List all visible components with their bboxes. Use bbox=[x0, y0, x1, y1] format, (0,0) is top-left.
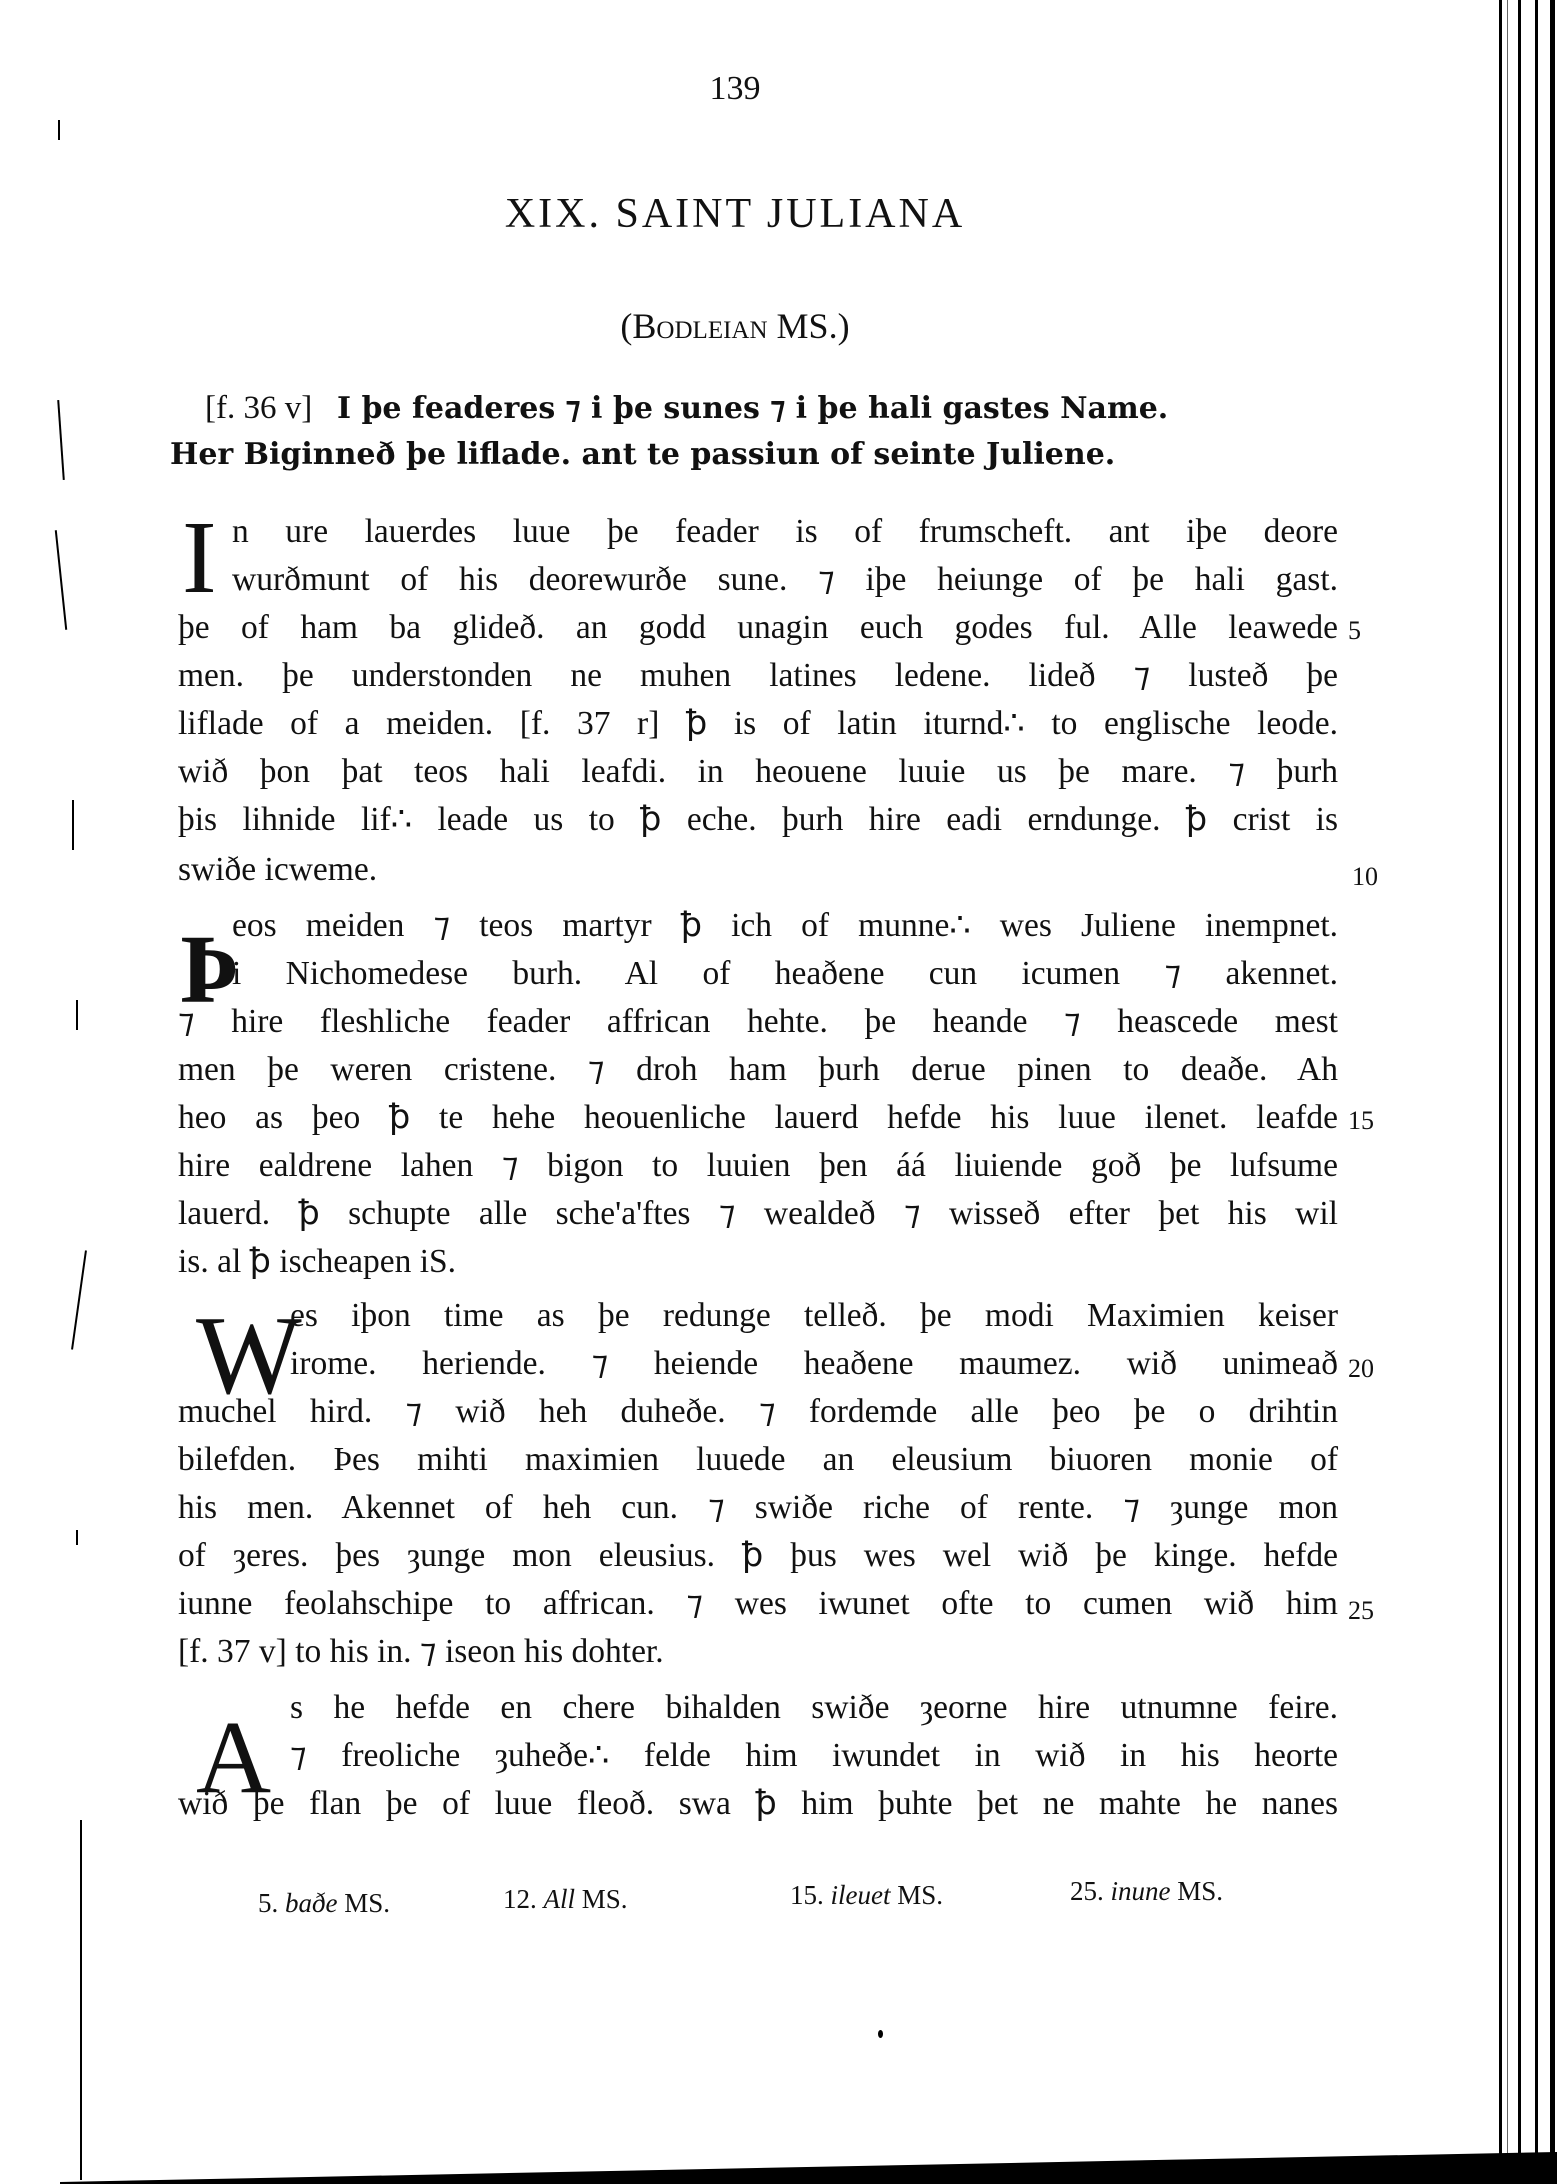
body-line: ⁊ freoliche ȝuheðe∴ felde him iwundet in… bbox=[290, 1736, 1338, 1776]
footnote-word: inune bbox=[1111, 1876, 1171, 1906]
body-line: muchel hird. ⁊ wið heh duheðe. ⁊ fordemd… bbox=[178, 1392, 1338, 1432]
footnote-suffix: MS. bbox=[1171, 1876, 1224, 1906]
gutter-mark bbox=[58, 120, 60, 140]
footnote: 15. ileuet MS. bbox=[790, 1880, 943, 1911]
incipit-text: Her Biginneð þe liflade. ant te passiun … bbox=[170, 437, 1115, 472]
body-line: i Nichomedese burh. Al of heaðene cun ic… bbox=[232, 954, 1338, 994]
line-number: 25 bbox=[1348, 1596, 1374, 1626]
body-line: þe of ham ba glideð. an godd unagin euch… bbox=[178, 608, 1338, 648]
footnote-number: 25. bbox=[1070, 1876, 1104, 1906]
line-number: 10 bbox=[1352, 862, 1378, 892]
body-line: is. al ꝥ ischeapen iS. bbox=[178, 1242, 1338, 1282]
subtitle-open-paren: ( bbox=[620, 306, 632, 346]
footnote-number: 5. bbox=[258, 1888, 278, 1918]
body-line: s he hefde en chere bihalden swiðe ȝeorn… bbox=[290, 1688, 1338, 1728]
body-line: wið þon þat teos hali leafdi. in heouene… bbox=[178, 752, 1338, 792]
subtitle-ms: MS.) bbox=[768, 306, 850, 346]
footnote: 25. inune MS. bbox=[1070, 1876, 1223, 1907]
body-line: hire ealdrene lahen ⁊ bigon to luuien þe… bbox=[178, 1146, 1338, 1186]
invocation-text: I þe feaderes ⁊ i þe sunes ⁊ i þe hali g… bbox=[337, 391, 1168, 426]
body-line: liflade of a meiden. [f. 37 r] ꝥ is of l… bbox=[178, 704, 1338, 744]
page-number: 139 bbox=[0, 70, 1470, 108]
footnote-word: baðe bbox=[285, 1888, 337, 1918]
footnote-word: All bbox=[544, 1884, 576, 1914]
page-edge-line bbox=[1535, 0, 1538, 2184]
body-line: irome. heriende. ⁊ heiende heaðene maume… bbox=[290, 1344, 1338, 1384]
page-edge-line bbox=[1507, 0, 1508, 2184]
body-line: heo as þeo ꝥ te hehe heouenliche lauerd … bbox=[178, 1098, 1338, 1138]
body-line: swiðe icweme. bbox=[178, 850, 1338, 890]
manuscript-subtitle: (Bodleian MS.) bbox=[0, 305, 1470, 347]
body-line: [f. 37 v] to his in. ⁊ iseon his dohter. bbox=[178, 1632, 1338, 1672]
footnote-number: 15. bbox=[790, 1880, 824, 1910]
body-line: wið þe flan þe of luue fleoð. swa ꝥ him … bbox=[178, 1784, 1338, 1824]
footnote: 12. All MS. bbox=[503, 1884, 628, 1915]
gutter-mark bbox=[76, 1000, 78, 1030]
incipit-heading: Her Biginneð þe liflade. ant te passiun … bbox=[170, 436, 1340, 473]
body-line: þis lihnide lif∴ leade us to ꝥ eche. þur… bbox=[178, 800, 1338, 840]
page-edge-lines bbox=[1497, 0, 1557, 2184]
body-line: iunne feolahschipe to affrican. ⁊ wes iw… bbox=[178, 1584, 1338, 1624]
body-line: n ure lauerdes luue þe feader is of frum… bbox=[232, 512, 1338, 552]
body-line: men. þe understonden ne muhen latines le… bbox=[178, 656, 1338, 696]
gutter-mark bbox=[55, 530, 67, 630]
dropcap-i: I bbox=[182, 508, 217, 608]
gutter-mark bbox=[71, 1250, 87, 1349]
body-line: ⁊ hire fleshliche feader affrican hehte.… bbox=[178, 1002, 1338, 1042]
line-number: 20 bbox=[1348, 1354, 1374, 1384]
body-line: men þe weren cristene. ⁊ droh ham þurh d… bbox=[178, 1050, 1338, 1090]
line-number: 5 bbox=[1348, 616, 1361, 646]
page-edge-line bbox=[1550, 0, 1555, 2184]
body-line: es iþon time as þe redunge telleð. þe mo… bbox=[290, 1296, 1338, 1336]
folio-reference: [f. 36 v] bbox=[205, 390, 312, 426]
scan-speck bbox=[878, 2030, 883, 2038]
gutter-mark bbox=[57, 400, 65, 480]
footnote: 5. baðe MS. bbox=[258, 1888, 390, 1919]
gutter-mark bbox=[72, 800, 74, 850]
body-line: wurðmunt of his deorewurðe sune. ⁊ iþe h… bbox=[232, 560, 1338, 600]
page-edge-line bbox=[1499, 0, 1502, 2184]
chapter-title: XIX. SAINT JULIANA bbox=[0, 190, 1470, 238]
subtitle-bodleian: Bodleian bbox=[632, 306, 767, 346]
body-line: his men. Akennet of heh cun. ⁊ swiðe ric… bbox=[178, 1488, 1338, 1528]
invocation-heading: [f. 36 v] I þe feaderes ⁊ i þe sunes ⁊ i… bbox=[205, 390, 1375, 427]
dropcap-w: W bbox=[196, 1306, 302, 1406]
footnote-number: 12. bbox=[503, 1884, 537, 1914]
gutter-mark bbox=[76, 1530, 78, 1545]
footnote-suffix: MS. bbox=[575, 1884, 628, 1914]
page-bottom-shadow bbox=[0, 2144, 1557, 2184]
footnote-word: ileuet bbox=[831, 1880, 891, 1910]
footnote-suffix: MS. bbox=[890, 1880, 943, 1910]
body-line: of ȝeres. þes ȝunge mon eleusius. ꝥ þus … bbox=[178, 1536, 1338, 1576]
page-edge-line bbox=[1518, 0, 1521, 2184]
body-line: bilefden. Þes mihti maximien luuede an e… bbox=[178, 1440, 1338, 1480]
body-line: eos meiden ⁊ teos martyr ꝥ ich of munne∴… bbox=[232, 906, 1338, 946]
body-line: lauerd. ꝥ schupte alle sche'a'ftes ⁊ wea… bbox=[178, 1194, 1338, 1234]
footnote-suffix: MS. bbox=[337, 1888, 390, 1918]
gutter-mark bbox=[80, 1820, 82, 2180]
line-number: 15 bbox=[1348, 1106, 1374, 1136]
